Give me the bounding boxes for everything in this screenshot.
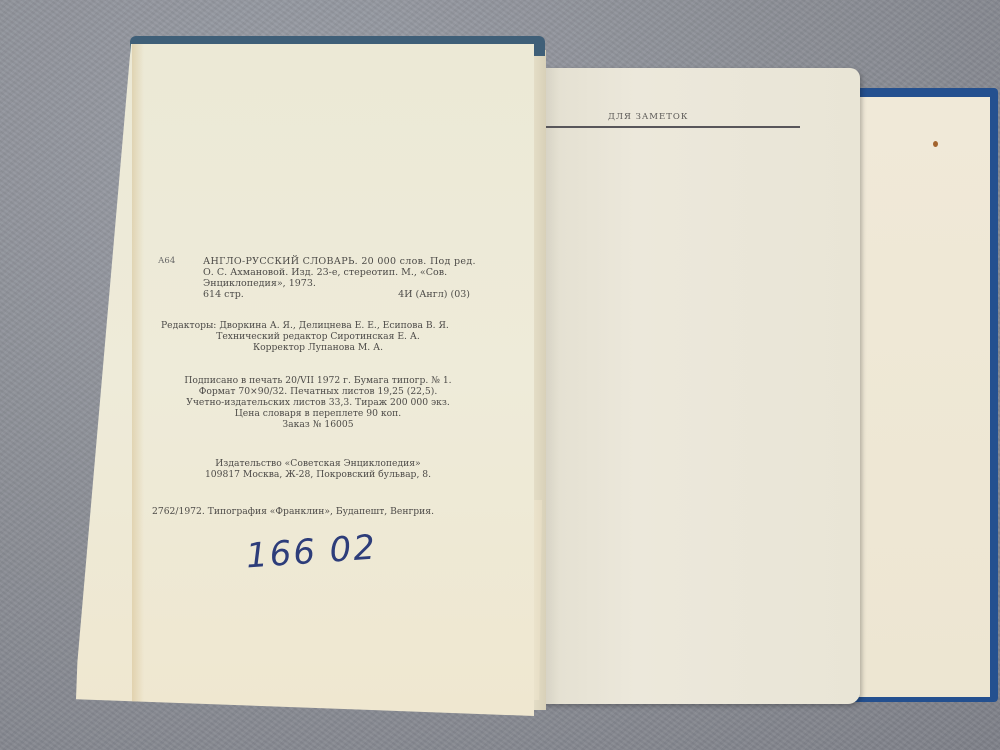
- publisher-name: Издательство «Советская Энциклопедия»: [158, 458, 478, 469]
- print-info-block: Подписано в печать 20/VII 1972 г. Бумага…: [158, 375, 478, 430]
- printer-line: 2762/1972. Типография «Франклин», Будапе…: [152, 506, 478, 517]
- imprint-text: А64 АНГЛО-РУССКИЙ СЛОВАРЬ. 20 000 слов. …: [158, 256, 478, 517]
- endpaper: [845, 97, 990, 697]
- stain: [933, 141, 938, 147]
- bibliographic-entry: АНГЛО-РУССКИЙ СЛОВАРЬ. 20 000 слов. Под …: [203, 256, 478, 300]
- imprint-page: А64 АНГЛО-РУССКИЙ СЛОВАРЬ. 20 000 слов. …: [76, 44, 534, 716]
- notes-rule: [544, 126, 800, 128]
- handwritten-number: 166 02: [245, 527, 378, 576]
- order-number: Заказ № 16005: [158, 419, 478, 430]
- editors-block: Редакторы: Дворкина А. Я., Делицнева Е. …: [158, 320, 478, 353]
- tech-editor-line: Технический редактор Сиротинская Е. А.: [158, 331, 478, 342]
- proofreader-line: Корректор Лупанова М. А.: [158, 342, 478, 353]
- classification-code: 4И (Англ) (03): [203, 289, 478, 300]
- catalog-code: А64: [158, 256, 175, 267]
- price-line: Цена словаря в переплете 90 коп.: [158, 408, 478, 419]
- page-edge-shade: [132, 44, 144, 716]
- print-info-line: Формат 70×90/32. Печатных листов 19,25 (…: [158, 386, 478, 397]
- publisher-block: Издательство «Советская Энциклопедия» 10…: [158, 458, 478, 480]
- notes-page: ДЛЯ ЗАМЕТОК: [540, 68, 860, 704]
- title-line: АНГЛО-РУССКИЙ СЛОВАРЬ. 20 000 слов. Под …: [203, 256, 478, 267]
- notes-header: ДЛЯ ЗАМЕТОК: [608, 112, 688, 122]
- title-line: О. С. Ахмановой. Изд. 23-е, стереотип. М…: [203, 267, 478, 278]
- print-info-line: Учетно-издательских листов 33,3. Тираж 2…: [158, 397, 478, 408]
- publisher-address: 109817 Москва, Ж-28, Покровский бульвар,…: [158, 469, 478, 480]
- editors-line: Редакторы: Дворкина А. Я., Делицнева Е. …: [161, 320, 478, 331]
- title-line: Энциклопедия», 1973.: [203, 278, 478, 289]
- print-info-line: Подписано в печать 20/VII 1972 г. Бумага…: [158, 375, 478, 386]
